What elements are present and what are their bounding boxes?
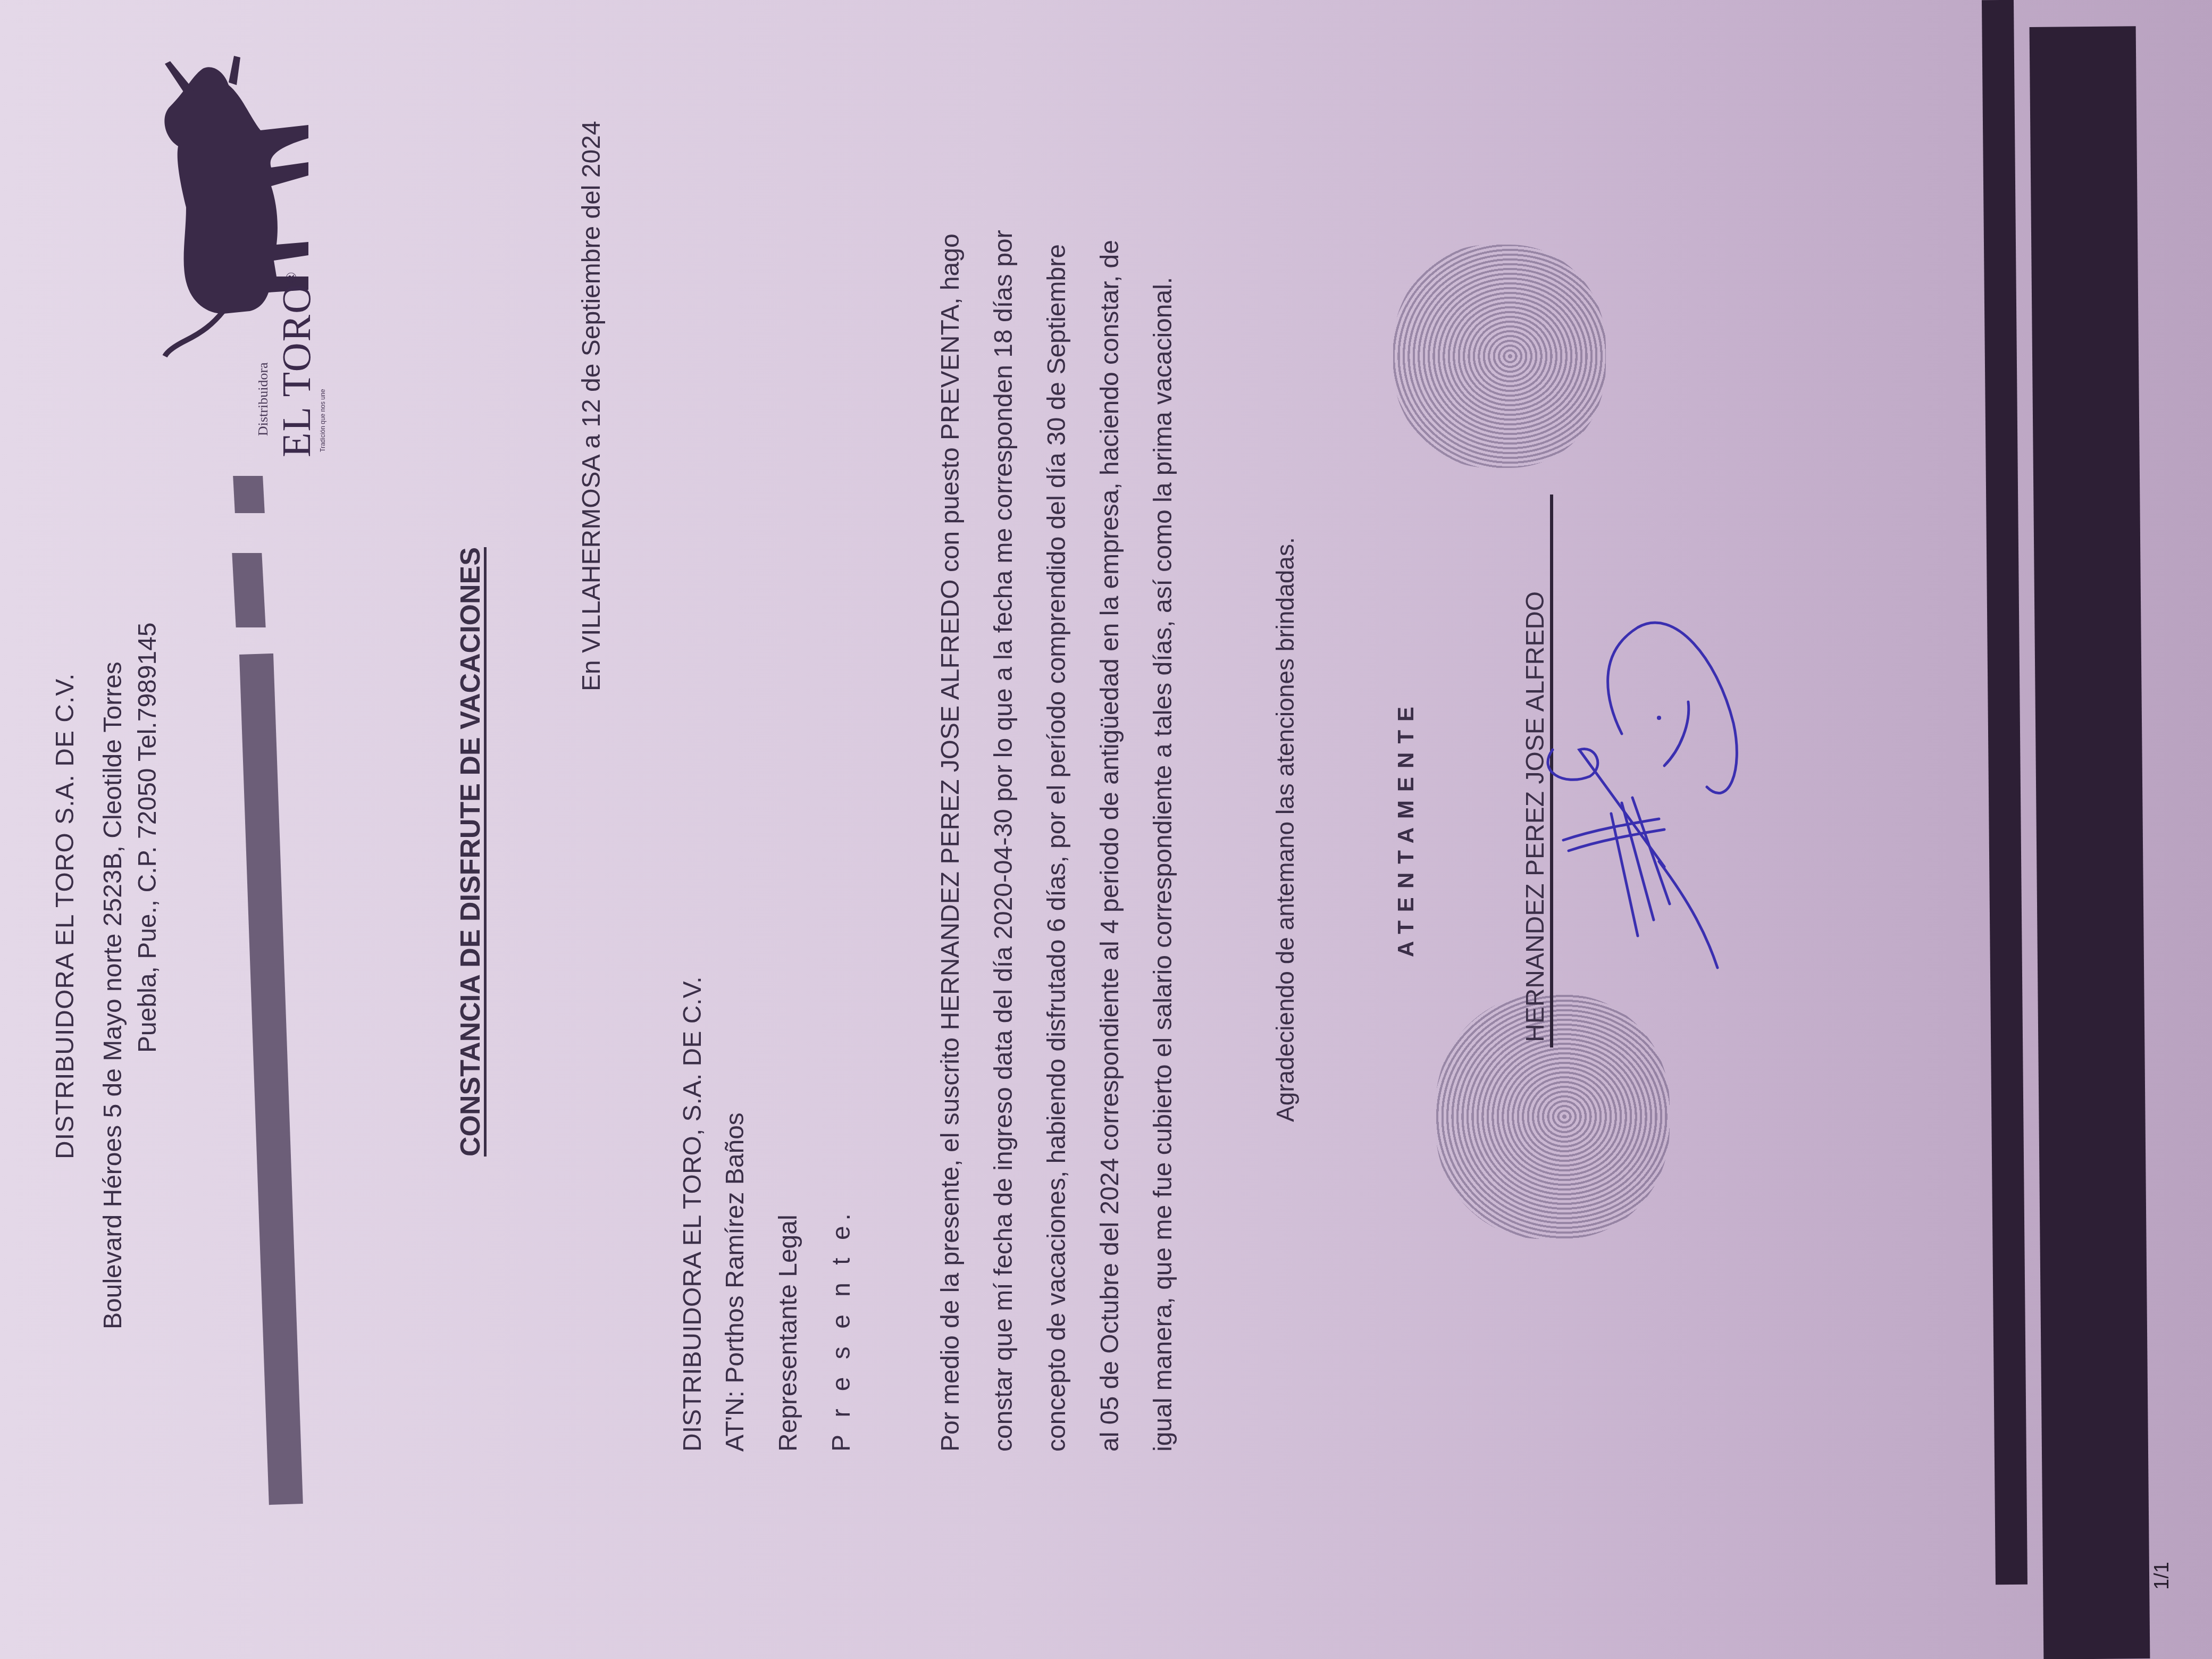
closing-text: Agradeciendo de antemano las atenciones …: [1271, 537, 1300, 1122]
recipient-role: Representante Legal: [774, 1214, 803, 1452]
body-line: concepto de vacaciones, habiendo disfrut…: [1042, 244, 1071, 1452]
logo-brand: EL TORO: [274, 283, 319, 457]
recipient-company: DISTRIBUIDORA EL TORO, S.A. DE C.V.: [678, 976, 707, 1452]
handwritten-signature: [1531, 617, 1744, 1000]
sign-off: ATENTAMENTE: [1393, 698, 1419, 957]
logo-tagline: Tradición que nos une: [319, 389, 326, 452]
redaction-bar: [2030, 26, 2150, 1659]
logo-small-text: Distribuidora: [255, 362, 271, 436]
body-line: constar que mí fecha de ingreso data del…: [989, 230, 1018, 1452]
decorative-bar: [232, 553, 265, 627]
redaction-bar: [1982, 0, 2027, 1585]
body-line: al 05 de Octubre del 2024 correspondient…: [1095, 240, 1125, 1452]
body-line: Por medio de la presente, el suscrito HE…: [936, 233, 965, 1452]
document-title: CONSTANCIA DE DISFRUTE DE VACACIONES: [455, 547, 487, 1157]
decorative-bar: [239, 653, 303, 1505]
recipient-attention: AT'N: Porthos Ramírez Baños: [720, 1112, 750, 1452]
document-page: DISTRIBUIDORA EL TORO S.A. DE C.V. Boule…: [0, 0, 2212, 1659]
page-number: 1/1: [2151, 1562, 2174, 1590]
header-address: Boulevard Héroes 5 de Mayo norte 2523B, …: [98, 661, 128, 1329]
body-line: igual manera, que me fue cubierto el sal…: [1149, 277, 1178, 1452]
header-city-phone: Puebla, Pue., C.P. 72050 Tel.7989145: [133, 622, 162, 1053]
header-company-name: DISTRIBUIDORA EL TORO S.A. DE C.V.: [51, 673, 80, 1159]
place-date: En VILLAHERMOSA a 12 de Septiembre del 2…: [577, 121, 606, 691]
decorative-bar: [233, 476, 265, 513]
fingerprint-right: [1393, 245, 1606, 468]
registered-mark: ®: [283, 271, 300, 283]
logo-main-text: EL TORO®: [274, 271, 320, 457]
recipient-salutation: P r e s e n t e.: [827, 1208, 856, 1452]
